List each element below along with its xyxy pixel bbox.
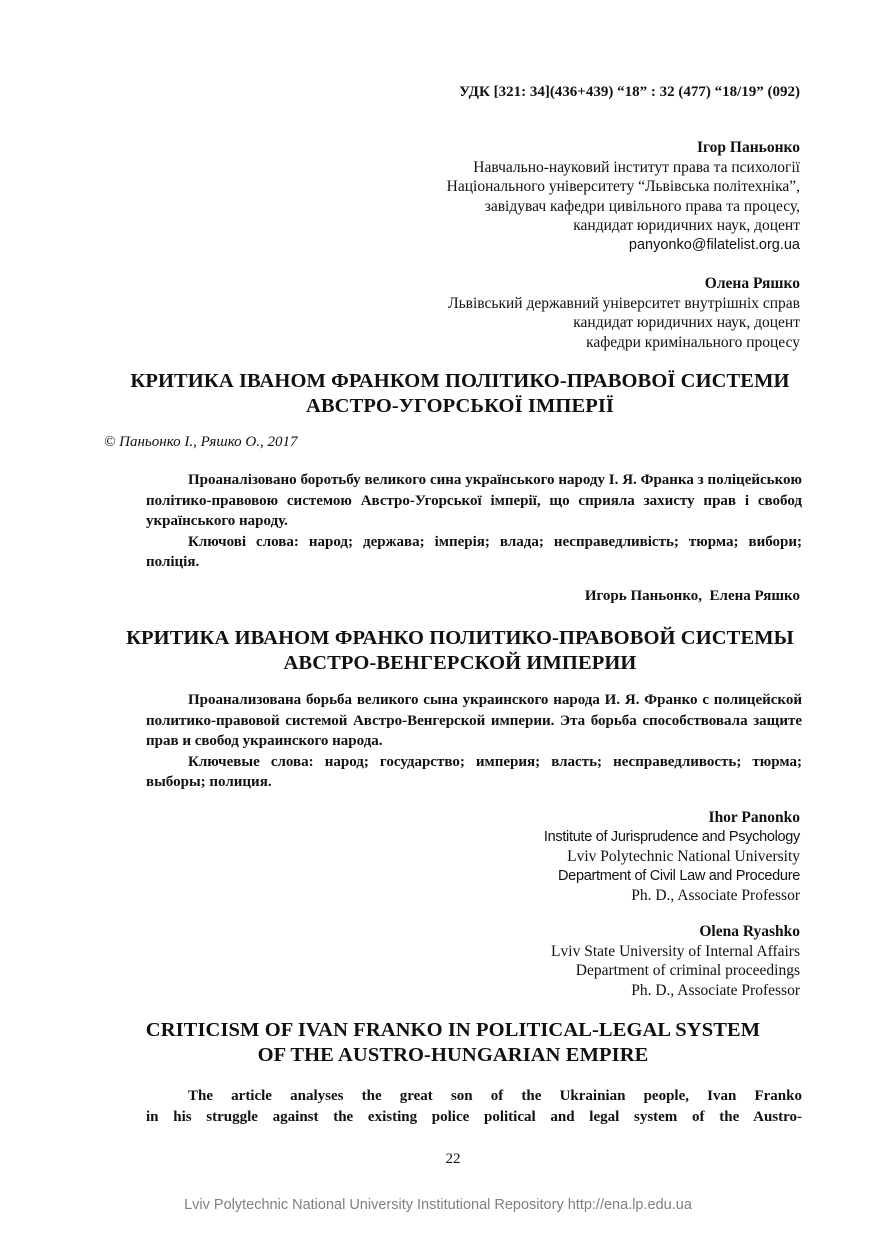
- abstract-uk: Проаналізовано боротьбу великого сина ук…: [146, 470, 802, 573]
- repository-footer: Lviv Polytechnic National University Ins…: [0, 1197, 876, 1213]
- author-email[interactable]: panyonko@filatelist.org.ua: [447, 236, 800, 256]
- abstract-line: in his struggle against the existing pol…: [146, 1107, 802, 1128]
- author-affiliation-line: Ph. D., Associate Professor: [551, 981, 800, 1001]
- author-affiliation-line: Львівський державний університет внутріш…: [448, 294, 800, 314]
- abstract-line: The article analyses the great son of th…: [146, 1086, 802, 1107]
- abstract-ru: Проанализована борьба великого сына укра…: [146, 690, 802, 793]
- author-affiliation-line: Ph. D., Associate Professor: [544, 886, 800, 906]
- title-line: КРИТИКА ИВАНОМ ФРАНКО ПОЛИТИКО-ПРАВОВОЙ …: [100, 626, 820, 651]
- author-block-en-2: Olena Ryashko Lviv State University of I…: [551, 922, 800, 1000]
- title-line: АВСТРО-ВЕНГЕРСКОЙ ИМПЕРИИ: [100, 651, 820, 676]
- author-affiliation-line: кандидат юридичних наук, доцент: [447, 216, 800, 236]
- udk-code: УДК [321: 34](436+439) “18” : 32 (477) “…: [459, 84, 800, 101]
- author-affiliation-line: Lviv State University of Internal Affair…: [551, 942, 800, 962]
- title-ru: КРИТИКА ИВАНОМ ФРАНКО ПОЛИТИКО-ПРАВОВОЙ …: [100, 626, 820, 676]
- title-line: CRITICISM OF IVAN FRANKO IN POLITICAL-LE…: [100, 1018, 806, 1043]
- author-affiliation-line: кафедри кримінального процесу: [448, 333, 800, 353]
- author-affiliation-line: Lviv Polytechnic National University: [544, 847, 800, 867]
- copyright-line: © Паньонко І., Ряшко О., 2017: [104, 434, 298, 451]
- title-uk: КРИТИКА ІВАНОМ ФРАНКОМ ПОЛІТИКО-ПРАВОВОЇ…: [100, 369, 820, 419]
- author-block-uk-1: Ігор Паньонко Навчально-науковий інститу…: [447, 138, 800, 255]
- abstract-text: Проанализована борьба великого сына укра…: [146, 690, 802, 752]
- title-en: CRITICISM OF IVAN FRANKO IN POLITICAL-LE…: [100, 1018, 806, 1068]
- author-name: Olena Ryashko: [551, 922, 800, 942]
- author-affiliation-line: завідувач кафедри цивільного права та пр…: [447, 197, 800, 217]
- title-line: КРИТИКА ІВАНОМ ФРАНКОМ ПОЛІТИКО-ПРАВОВОЇ…: [100, 369, 820, 394]
- page-number: 22: [0, 1151, 876, 1168]
- author-name: Олена Ряшко: [448, 274, 800, 294]
- author-affiliation-line: Національного університету “Львівська по…: [447, 177, 800, 197]
- authors-ru: Игорь Паньонко, Елена Ряшко: [585, 588, 800, 605]
- title-line: АВСТРО-УГОРСЬКОЇ ІМПЕРІЇ: [100, 394, 820, 419]
- author-affiliation-line: Department of Civil Law and Procedure: [544, 867, 800, 887]
- author-affiliation-line: Department of criminal proceedings: [551, 961, 800, 981]
- abstract-text: Проаналізовано боротьбу великого сина ук…: [146, 470, 802, 532]
- author-affiliation-line: кандидат юридичних наук, доцент: [448, 313, 800, 333]
- keywords-text: Ключевые слова: народ; государство; импе…: [146, 752, 802, 793]
- title-line: OF THE AUSTRO-HUNGARIAN EMPIRE: [100, 1043, 806, 1068]
- author-block-uk-2: Олена Ряшко Львівський державний універс…: [448, 274, 800, 352]
- author-affiliation-line: Навчально-науковий інститут права та пси…: [447, 158, 800, 178]
- abstract-en: The article analyses the great son of th…: [146, 1086, 802, 1128]
- author-affiliation-line: Institute of Jurisprudence and Psycholog…: [544, 828, 800, 848]
- author-block-en-1: Ihor Panonko Institute of Jurisprudence …: [544, 808, 800, 906]
- author-name: Ihor Panonko: [544, 808, 800, 828]
- keywords-text: Ключові слова: народ; держава; імперія; …: [146, 532, 802, 573]
- author-name: Ігор Паньонко: [447, 138, 800, 158]
